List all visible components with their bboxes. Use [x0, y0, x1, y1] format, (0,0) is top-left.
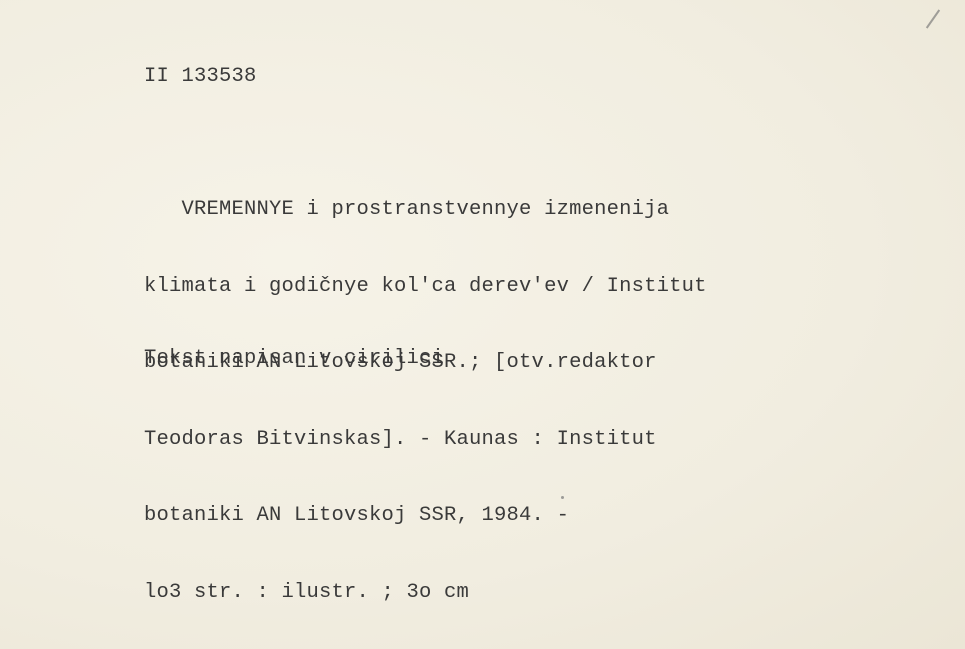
entry-line: lo3 str. : ilustr. ; 3o cm — [144, 580, 707, 606]
entry-line: VREMENNYE i prostranstvennye izmenenija — [144, 197, 707, 223]
call-number: II 133538 — [144, 64, 257, 90]
pencil-mark — [926, 9, 940, 28]
entry-line: botaniki AN Litovskoj SSR, 1984. - — [144, 503, 707, 529]
entry-line: klimata i godičnye kol'ca derev'ev / Ins… — [144, 274, 707, 300]
note: Tekst napisan v cirilici — [144, 346, 444, 372]
bibliographic-entry: VREMENNYE i prostranstvennye izmenenija … — [144, 146, 707, 649]
catalog-card: II 133538 VREMENNYE i prostranstvennye i… — [0, 0, 965, 649]
speck — [561, 496, 564, 499]
entry-line: Teodoras Bitvinskas]. - Kaunas : Institu… — [144, 427, 707, 453]
